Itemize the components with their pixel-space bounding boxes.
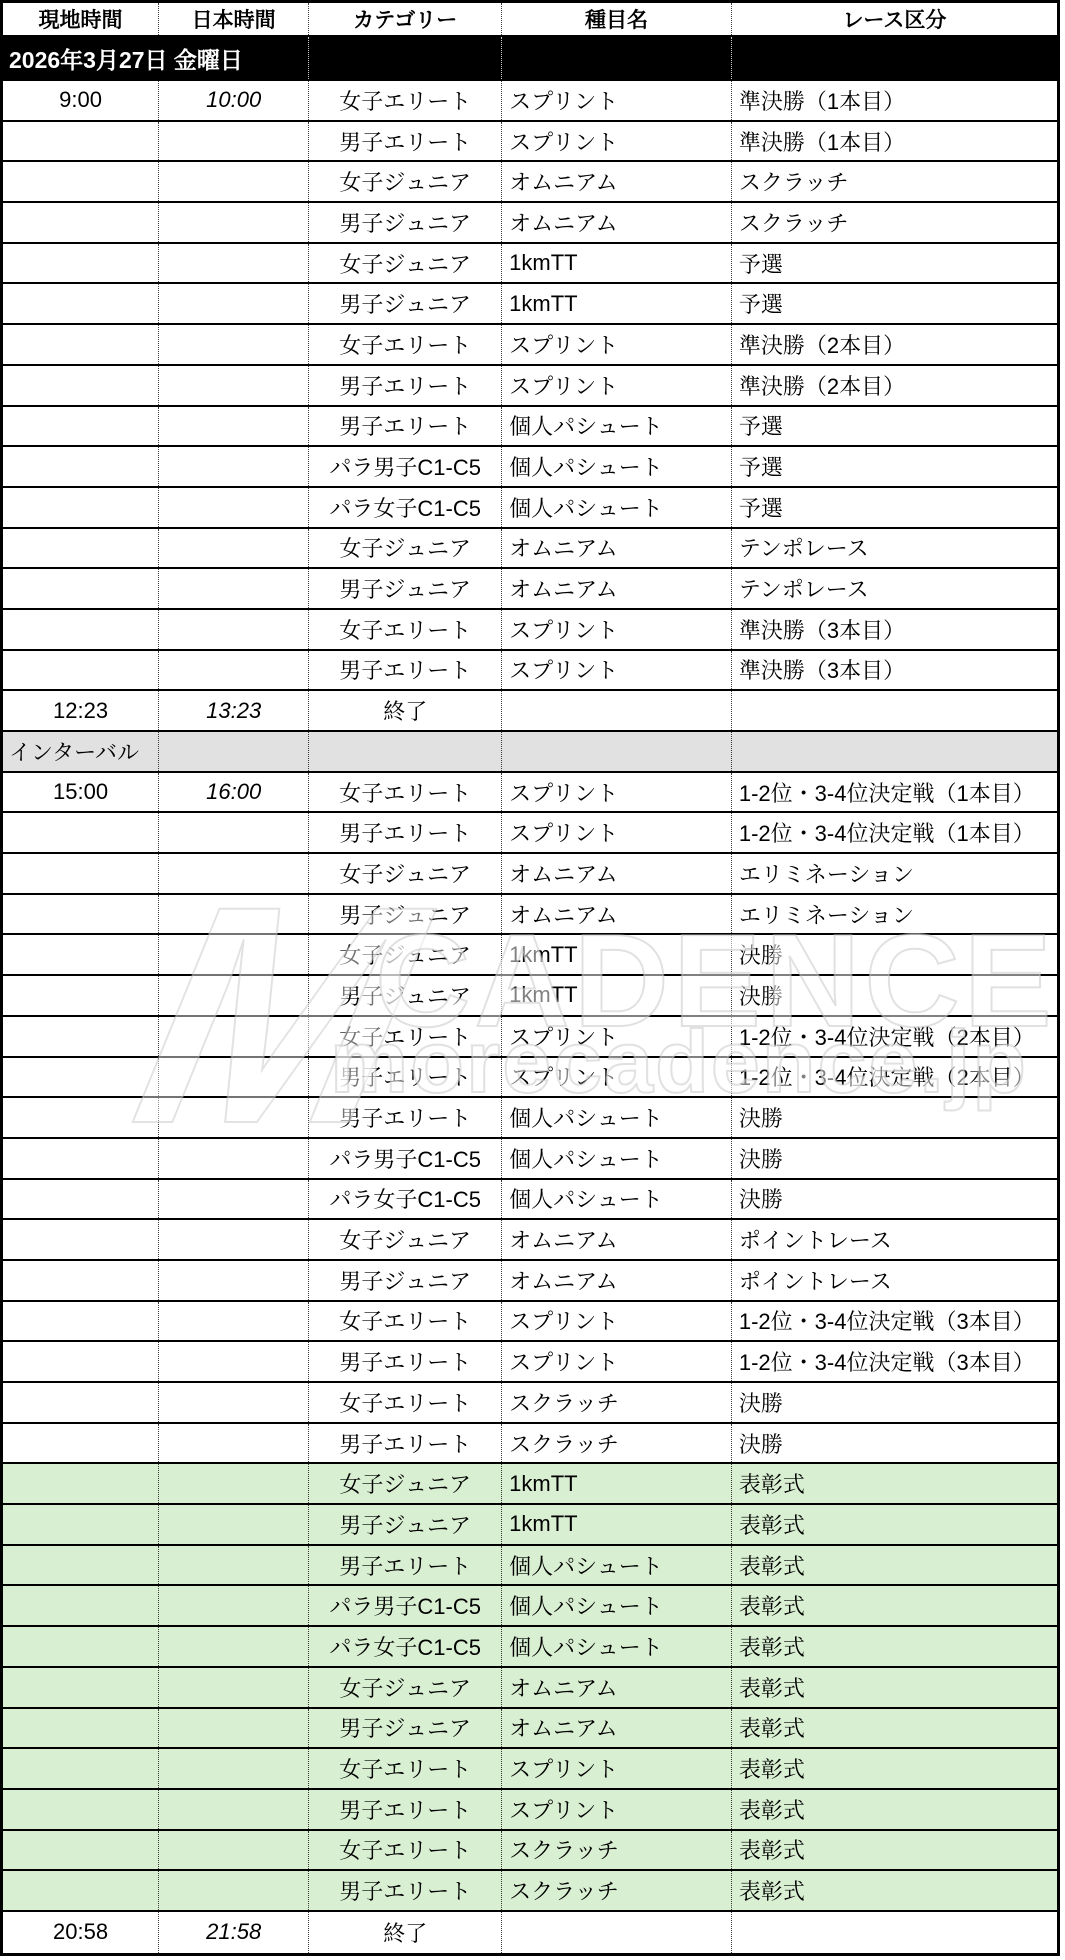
table-row: 女子ジュニアオムニアムエリミネーション bbox=[3, 854, 1057, 895]
cell-local-time bbox=[3, 854, 158, 893]
cell-category: パラ男子C1-C5 bbox=[308, 447, 501, 486]
cell-race: 決勝 bbox=[731, 1383, 1057, 1422]
cell-local-time bbox=[3, 1709, 158, 1748]
cell-japan-time bbox=[158, 1627, 308, 1666]
cell-local-time bbox=[3, 935, 158, 974]
cell-japan-time bbox=[158, 1464, 308, 1503]
table-row: 男子ジュニアオムニアムテンポレース bbox=[3, 569, 1057, 610]
cell-category: 男子エリート bbox=[308, 366, 501, 405]
cell-japan-time bbox=[158, 1383, 308, 1422]
cell-category: パラ男子C1-C5 bbox=[308, 1586, 501, 1625]
cell-category: 女子ジュニア bbox=[308, 1668, 501, 1707]
cell-local-time: 9:00 bbox=[3, 81, 158, 120]
cell-category: 男子エリート bbox=[308, 1058, 501, 1097]
cell-japan-time bbox=[158, 1058, 308, 1097]
cell-local-time bbox=[3, 244, 158, 283]
cell-japan-time bbox=[158, 1831, 308, 1870]
table-row: 女子エリートスプリント準決勝（3本目） bbox=[3, 610, 1057, 651]
cell-race: テンポレース bbox=[731, 529, 1057, 568]
table-row: 男子エリート個人パシュート決勝 bbox=[3, 1098, 1057, 1139]
cell-japan-time: 10:00 bbox=[158, 81, 308, 120]
cell-race: 予選 bbox=[731, 284, 1057, 323]
cell-event: スプリント bbox=[501, 1302, 731, 1341]
cell-race: 決勝 bbox=[731, 1139, 1057, 1178]
table-row: 女子ジュニアオムニアムテンポレース bbox=[3, 529, 1057, 570]
cell-category: パラ女子C1-C5 bbox=[308, 1627, 501, 1666]
cell-japan-time bbox=[158, 1709, 308, 1748]
cell-category: 女子エリート bbox=[308, 325, 501, 364]
cell-local-time bbox=[3, 1505, 158, 1544]
date-banner-row: 2026年3月27日 金曜日 bbox=[3, 37, 1057, 81]
date-banner-spacer bbox=[308, 37, 501, 79]
table-row: 女子エリートスプリント準決勝（2本目） bbox=[3, 325, 1057, 366]
cell-event: 個人パシュート bbox=[501, 1627, 731, 1666]
cell-japan-time bbox=[158, 244, 308, 283]
cell-category: 女子エリート bbox=[308, 1831, 501, 1870]
cell-event: スプリント bbox=[501, 1017, 731, 1056]
race-schedule-image: 現地時間日本時間カテゴリー種目名レース区分2026年3月27日 金曜日9:001… bbox=[0, 0, 1065, 1960]
cell-category: 女子エリート bbox=[308, 1017, 501, 1056]
cell-event bbox=[501, 691, 731, 730]
cell-event: スプリント bbox=[501, 1790, 731, 1829]
cell-japan-time bbox=[158, 854, 308, 893]
table-row: 男子ジュニアオムニアムエリミネーション bbox=[3, 895, 1057, 936]
cell-race: スクラッチ bbox=[731, 203, 1057, 242]
cell-race: 準決勝（1本目） bbox=[731, 81, 1057, 120]
cell-category: 女子ジュニア bbox=[308, 1464, 501, 1503]
cell-local-time bbox=[3, 895, 158, 934]
cell-japan-time bbox=[158, 651, 308, 690]
cell-local-time bbox=[3, 610, 158, 649]
cell-local-time bbox=[3, 122, 158, 161]
cell-local-time bbox=[3, 1586, 158, 1625]
column-header-race: レース区分 bbox=[731, 3, 1057, 35]
cell-event: スプリント bbox=[501, 610, 731, 649]
cell-local-time bbox=[3, 1464, 158, 1503]
cell-race: 準決勝（2本目） bbox=[731, 366, 1057, 405]
cell-category: 男子ジュニア bbox=[308, 976, 501, 1015]
table-header-row: 現地時間日本時間カテゴリー種目名レース区分 bbox=[3, 3, 1057, 37]
cell-event: オムニアム bbox=[501, 895, 731, 934]
cell-event: スプリント bbox=[501, 325, 731, 364]
cell-race: 決勝 bbox=[731, 935, 1057, 974]
cell-japan-time bbox=[158, 1668, 308, 1707]
cell-event: オムニアム bbox=[501, 1261, 731, 1300]
cell-japan-time bbox=[158, 732, 308, 771]
table-row: パラ男子C1-C5個人パシュート予選 bbox=[3, 447, 1057, 488]
cell-race: 表彰式 bbox=[731, 1505, 1057, 1544]
cell-local-time bbox=[3, 1424, 158, 1463]
table-row: 女子エリートスクラッチ表彰式 bbox=[3, 1831, 1057, 1872]
cell-local-time bbox=[3, 1383, 158, 1422]
cell-race: 決勝 bbox=[731, 976, 1057, 1015]
cell-race: 予選 bbox=[731, 447, 1057, 486]
cell-category: 女子ジュニア bbox=[308, 529, 501, 568]
cell-local-time bbox=[3, 447, 158, 486]
cell-race: 表彰式 bbox=[731, 1831, 1057, 1870]
cell-race: 表彰式 bbox=[731, 1749, 1057, 1788]
cell-event: 1kmTT bbox=[501, 1505, 731, 1544]
table-row: 女子エリートスプリント表彰式 bbox=[3, 1749, 1057, 1790]
cell-event: オムニアム bbox=[501, 569, 731, 608]
cell-event: スクラッチ bbox=[501, 1383, 731, 1422]
table-row: パラ女子C1-C5個人パシュート表彰式 bbox=[3, 1627, 1057, 1668]
cell-japan-time bbox=[158, 447, 308, 486]
cell-event: 1kmTT bbox=[501, 976, 731, 1015]
cell-race: 表彰式 bbox=[731, 1627, 1057, 1666]
column-header-local: 現地時間 bbox=[3, 3, 158, 35]
cell-race: ポイントレース bbox=[731, 1261, 1057, 1300]
cell-race bbox=[731, 1912, 1057, 1953]
cell-local-time bbox=[3, 1342, 158, 1381]
cell-local-time bbox=[3, 1871, 158, 1910]
table-row: 男子ジュニアオムニアムスクラッチ bbox=[3, 203, 1057, 244]
cell-race: 表彰式 bbox=[731, 1709, 1057, 1748]
cell-event: 1kmTT bbox=[501, 1464, 731, 1503]
cell-event: 個人パシュート bbox=[501, 1139, 731, 1178]
cell-race: 1-2位・3-4位決定戦（2本目） bbox=[731, 1058, 1057, 1097]
cell-category: 終了 bbox=[308, 1912, 501, 1953]
cell-japan-time bbox=[158, 1586, 308, 1625]
cell-japan-time bbox=[158, 1302, 308, 1341]
cell-category: 男子エリート bbox=[308, 1424, 501, 1463]
cell-event bbox=[501, 1912, 731, 1953]
cell-event: 個人パシュート bbox=[501, 407, 731, 446]
cell-japan-time: 16:00 bbox=[158, 773, 308, 812]
table-row: 女子ジュニア1kmTT決勝 bbox=[3, 935, 1057, 976]
cell-event: スプリント bbox=[501, 813, 731, 852]
column-header-category: カテゴリー bbox=[308, 3, 501, 35]
cell-japan-time bbox=[158, 976, 308, 1015]
cell-japan-time bbox=[158, 1017, 308, 1056]
cell-local-time bbox=[3, 1790, 158, 1829]
cell-japan-time bbox=[158, 1871, 308, 1910]
cell-category: 女子エリート bbox=[308, 1302, 501, 1341]
cell-race: スクラッチ bbox=[731, 162, 1057, 201]
cell-japan-time bbox=[158, 1505, 308, 1544]
cell-japan-time: 13:23 bbox=[158, 691, 308, 730]
cell-japan-time bbox=[158, 162, 308, 201]
cell-local-time bbox=[3, 1017, 158, 1056]
table-row: 男子ジュニア1kmTT予選 bbox=[3, 284, 1057, 325]
cell-category: 女子エリート bbox=[308, 1383, 501, 1422]
cell-race: 決勝 bbox=[731, 1424, 1057, 1463]
cell-race: 表彰式 bbox=[731, 1546, 1057, 1585]
cell-japan-time bbox=[158, 1749, 308, 1788]
cell-japan-time bbox=[158, 1546, 308, 1585]
cell-japan-time bbox=[158, 1139, 308, 1178]
cell-event: 1kmTT bbox=[501, 284, 731, 323]
cell-japan-time bbox=[158, 203, 308, 242]
cell-category: 男子ジュニア bbox=[308, 203, 501, 242]
cell-local-time bbox=[3, 203, 158, 242]
cell-category: 女子エリート bbox=[308, 81, 501, 120]
cell-race: 1-2位・3-4位決定戦（3本目） bbox=[731, 1302, 1057, 1341]
table-row: 男子エリートスクラッチ表彰式 bbox=[3, 1871, 1057, 1912]
table-row: 男子エリート個人パシュート表彰式 bbox=[3, 1546, 1057, 1587]
cell-japan-time bbox=[158, 569, 308, 608]
cell-category: 女子ジュニア bbox=[308, 1220, 501, 1259]
cell-local-time bbox=[3, 325, 158, 364]
date-banner-text: 2026年3月27日 金曜日 bbox=[3, 37, 308, 79]
cell-event: 1kmTT bbox=[501, 244, 731, 283]
cell-japan-time bbox=[158, 488, 308, 527]
cell-race: 1-2位・3-4位決定戦（3本目） bbox=[731, 1342, 1057, 1381]
cell-local-time bbox=[3, 1261, 158, 1300]
table-row: 男子エリートスプリント1-2位・3-4位決定戦（1本目） bbox=[3, 813, 1057, 854]
cell-local-time bbox=[3, 529, 158, 568]
cell-event: オムニアム bbox=[501, 203, 731, 242]
cell-event: 個人パシュート bbox=[501, 1546, 731, 1585]
cell-race: 1-2位・3-4位決定戦（2本目） bbox=[731, 1017, 1057, 1056]
cell-category: パラ男子C1-C5 bbox=[308, 1139, 501, 1178]
cell-event: スプリント bbox=[501, 651, 731, 690]
cell-japan-time bbox=[158, 325, 308, 364]
cell-race bbox=[731, 691, 1057, 730]
cell-category bbox=[308, 732, 501, 771]
cell-event: 個人パシュート bbox=[501, 1180, 731, 1219]
cell-japan-time bbox=[158, 122, 308, 161]
cell-japan-time bbox=[158, 284, 308, 323]
cell-race: 準決勝（1本目） bbox=[731, 122, 1057, 161]
table-row: 女子エリートスプリント1-2位・3-4位決定戦（2本目） bbox=[3, 1017, 1057, 1058]
interval-row: インターバル bbox=[3, 732, 1057, 773]
cell-event: スプリント bbox=[501, 773, 731, 812]
cell-japan-time bbox=[158, 366, 308, 405]
cell-local-time bbox=[3, 976, 158, 1015]
cell-japan-time bbox=[158, 407, 308, 446]
table-row: 男子ジュニアオムニアムポイントレース bbox=[3, 1261, 1057, 1302]
cell-race: 表彰式 bbox=[731, 1464, 1057, 1503]
cell-event bbox=[501, 732, 731, 771]
cell-category: 男子エリート bbox=[308, 1342, 501, 1381]
cell-japan-time bbox=[158, 935, 308, 974]
table-row: 男子エリートスプリント準決勝（2本目） bbox=[3, 366, 1057, 407]
table-row: 男子エリートスプリント準決勝（1本目） bbox=[3, 122, 1057, 163]
cell-local-time bbox=[3, 1098, 158, 1137]
column-header-japan: 日本時間 bbox=[158, 3, 308, 35]
cell-japan-time bbox=[158, 813, 308, 852]
table-row: 男子エリートスプリント1-2位・3-4位決定戦（2本目） bbox=[3, 1058, 1057, 1099]
race-schedule-table: 現地時間日本時間カテゴリー種目名レース区分2026年3月27日 金曜日9:001… bbox=[0, 0, 1060, 1956]
cell-local-time bbox=[3, 569, 158, 608]
cell-category: 男子エリート bbox=[308, 1871, 501, 1910]
cell-race: 決勝 bbox=[731, 1180, 1057, 1219]
cell-local-time: 20:58 bbox=[3, 1912, 158, 1953]
cell-japan-time bbox=[158, 895, 308, 934]
table-row: 女子ジュニア1kmTT予選 bbox=[3, 244, 1057, 285]
cell-race: 表彰式 bbox=[731, 1871, 1057, 1910]
cell-local-time bbox=[3, 651, 158, 690]
cell-category: 女子エリート bbox=[308, 610, 501, 649]
cell-category: 男子ジュニア bbox=[308, 1261, 501, 1300]
cell-event: スプリント bbox=[501, 122, 731, 161]
cell-category: 男子エリート bbox=[308, 1546, 501, 1585]
cell-category: 男子エリート bbox=[308, 813, 501, 852]
cell-event: スクラッチ bbox=[501, 1424, 731, 1463]
cell-event: 個人パシュート bbox=[501, 1586, 731, 1625]
table-row: パラ女子C1-C5個人パシュート決勝 bbox=[3, 1180, 1057, 1221]
cell-race: 表彰式 bbox=[731, 1586, 1057, 1625]
cell-race: エリミネーション bbox=[731, 854, 1057, 893]
cell-local-time bbox=[3, 366, 158, 405]
cell-event: スプリント bbox=[501, 1058, 731, 1097]
cell-japan-time bbox=[158, 1342, 308, 1381]
cell-event: スプリント bbox=[501, 1342, 731, 1381]
cell-category: 女子ジュニア bbox=[308, 935, 501, 974]
cell-local-time bbox=[3, 1058, 158, 1097]
cell-local-time bbox=[3, 1180, 158, 1219]
cell-event: 個人パシュート bbox=[501, 1098, 731, 1137]
table-row: 12:2313:23終了 bbox=[3, 691, 1057, 732]
column-header-event: 種目名 bbox=[501, 3, 731, 35]
cell-category: 男子ジュニア bbox=[308, 569, 501, 608]
cell-local-time bbox=[3, 813, 158, 852]
table-row: 女子エリートスクラッチ決勝 bbox=[3, 1383, 1057, 1424]
cell-japan-time bbox=[158, 1180, 308, 1219]
cell-race: 予選 bbox=[731, 488, 1057, 527]
table-row: 15:0016:00女子エリートスプリント1-2位・3-4位決定戦（1本目） bbox=[3, 773, 1057, 814]
cell-local-time bbox=[3, 1627, 158, 1666]
cell-event: スプリント bbox=[501, 366, 731, 405]
date-banner-spacer bbox=[501, 37, 731, 79]
cell-japan-time bbox=[158, 1098, 308, 1137]
cell-category: パラ女子C1-C5 bbox=[308, 1180, 501, 1219]
cell-local-time: 15:00 bbox=[3, 773, 158, 812]
table-row: 女子エリートスプリント1-2位・3-4位決定戦（3本目） bbox=[3, 1302, 1057, 1343]
cell-event: オムニアム bbox=[501, 854, 731, 893]
cell-japan-time: 21:58 bbox=[158, 1912, 308, 1953]
cell-japan-time bbox=[158, 1261, 308, 1300]
date-banner-spacer bbox=[731, 37, 1057, 79]
cell-local-time bbox=[3, 1546, 158, 1585]
table-row: 男子ジュニア1kmTT決勝 bbox=[3, 976, 1057, 1017]
cell-local-time bbox=[3, 1668, 158, 1707]
cell-event: オムニアム bbox=[501, 162, 731, 201]
cell-event: 1kmTT bbox=[501, 935, 731, 974]
table-row: パラ女子C1-C5個人パシュート予選 bbox=[3, 488, 1057, 529]
cell-interval-label: インターバル bbox=[3, 732, 158, 771]
cell-event: スプリント bbox=[501, 81, 731, 120]
cell-race: 表彰式 bbox=[731, 1790, 1057, 1829]
cell-category: 男子ジュニア bbox=[308, 284, 501, 323]
cell-category: 男子ジュニア bbox=[308, 1709, 501, 1748]
cell-category: 終了 bbox=[308, 691, 501, 730]
table-row: 女子ジュニアオムニアムポイントレース bbox=[3, 1220, 1057, 1261]
cell-category: 男子エリート bbox=[308, 651, 501, 690]
cell-race: 準決勝（3本目） bbox=[731, 651, 1057, 690]
cell-category: 男子エリート bbox=[308, 1790, 501, 1829]
cell-local-time bbox=[3, 407, 158, 446]
cell-category: 男子エリート bbox=[308, 122, 501, 161]
cell-race: 1-2位・3-4位決定戦（1本目） bbox=[731, 813, 1057, 852]
cell-event: オムニアム bbox=[501, 1709, 731, 1748]
cell-race: 準決勝（2本目） bbox=[731, 325, 1057, 364]
cell-local-time bbox=[3, 1139, 158, 1178]
cell-japan-time bbox=[158, 529, 308, 568]
cell-event: オムニアム bbox=[501, 1220, 731, 1259]
table-row: 男子エリートスプリント1-2位・3-4位決定戦（3本目） bbox=[3, 1342, 1057, 1383]
cell-local-time bbox=[3, 1302, 158, 1341]
cell-local-time bbox=[3, 284, 158, 323]
table-row: 女子ジュニア1kmTT表彰式 bbox=[3, 1464, 1057, 1505]
table-row: パラ男子C1-C5個人パシュート表彰式 bbox=[3, 1586, 1057, 1627]
table-row: 男子ジュニア1kmTT表彰式 bbox=[3, 1505, 1057, 1546]
cell-event: スクラッチ bbox=[501, 1831, 731, 1870]
cell-category: 男子ジュニア bbox=[308, 895, 501, 934]
cell-race bbox=[731, 732, 1057, 771]
cell-event: スクラッチ bbox=[501, 1871, 731, 1910]
cell-race: 準決勝（3本目） bbox=[731, 610, 1057, 649]
cell-event: 個人パシュート bbox=[501, 488, 731, 527]
cell-local-time bbox=[3, 1220, 158, 1259]
cell-local-time: 12:23 bbox=[3, 691, 158, 730]
cell-race: 決勝 bbox=[731, 1098, 1057, 1137]
cell-race: 1-2位・3-4位決定戦（1本目） bbox=[731, 773, 1057, 812]
table-row: 男子エリートスプリント表彰式 bbox=[3, 1790, 1057, 1831]
table-row: 男子エリート個人パシュート予選 bbox=[3, 407, 1057, 448]
cell-local-time bbox=[3, 1831, 158, 1870]
table-row: 9:0010:00女子エリートスプリント準決勝（1本目） bbox=[3, 81, 1057, 122]
table-row: 男子エリートスプリント準決勝（3本目） bbox=[3, 651, 1057, 692]
cell-category: 男子ジュニア bbox=[308, 1505, 501, 1544]
cell-category: 女子ジュニア bbox=[308, 162, 501, 201]
cell-category: 女子ジュニア bbox=[308, 854, 501, 893]
table-row: 女子ジュニアオムニアム表彰式 bbox=[3, 1668, 1057, 1709]
cell-category: パラ女子C1-C5 bbox=[308, 488, 501, 527]
cell-japan-time bbox=[158, 1790, 308, 1829]
cell-japan-time bbox=[158, 1424, 308, 1463]
table-row: 男子ジュニアオムニアム表彰式 bbox=[3, 1709, 1057, 1750]
table-row: 20:5821:58終了 bbox=[3, 1912, 1057, 1953]
cell-local-time bbox=[3, 162, 158, 201]
cell-local-time bbox=[3, 488, 158, 527]
cell-category: 男子エリート bbox=[308, 1098, 501, 1137]
cell-race: エリミネーション bbox=[731, 895, 1057, 934]
cell-event: オムニアム bbox=[501, 529, 731, 568]
cell-category: 女子エリート bbox=[308, 773, 501, 812]
cell-race: 予選 bbox=[731, 407, 1057, 446]
cell-race: 表彰式 bbox=[731, 1668, 1057, 1707]
cell-race: テンポレース bbox=[731, 569, 1057, 608]
cell-event: スプリント bbox=[501, 1749, 731, 1788]
cell-category: 女子エリート bbox=[308, 1749, 501, 1788]
cell-event: オムニアム bbox=[501, 1668, 731, 1707]
table-row: パラ男子C1-C5個人パシュート決勝 bbox=[3, 1139, 1057, 1180]
cell-event: 個人パシュート bbox=[501, 447, 731, 486]
cell-japan-time bbox=[158, 1220, 308, 1259]
cell-race: 予選 bbox=[731, 244, 1057, 283]
cell-local-time bbox=[3, 1749, 158, 1788]
table-row: 女子ジュニアオムニアムスクラッチ bbox=[3, 162, 1057, 203]
table-row: 男子エリートスクラッチ決勝 bbox=[3, 1424, 1057, 1465]
cell-category: 女子ジュニア bbox=[308, 244, 501, 283]
cell-japan-time bbox=[158, 610, 308, 649]
cell-race: ポイントレース bbox=[731, 1220, 1057, 1259]
cell-category: 男子エリート bbox=[308, 407, 501, 446]
